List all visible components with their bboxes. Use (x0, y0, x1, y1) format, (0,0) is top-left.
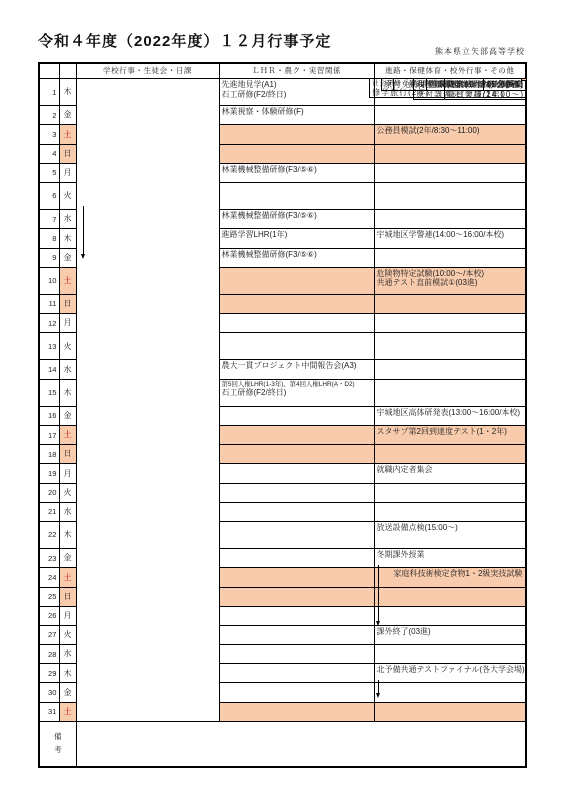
date-cell: 31 (39, 702, 59, 721)
table-row: 12月 (39, 314, 526, 333)
event-text: 職員会議(14:00～) (447, 90, 524, 100)
schedule-page: 令和４年度（2022年度）１２月行事予定 熊本県立矢部高等学校 学校行事・生徒会… (0, 0, 566, 800)
table-row: 25日 (39, 587, 526, 606)
career-events-cell: 冬期課外授業 (374, 549, 526, 568)
table-row: 7水米粉料理講習会(A1)林業機械整備研修(F3/⑤⑥) (39, 210, 526, 229)
date-cell: 24 (39, 568, 59, 587)
weekday-cell: 土 (59, 568, 76, 587)
career-events-cell (374, 144, 526, 163)
weekday-cell: 火 (59, 483, 76, 502)
event-text: 北予備共通テストファイナル(各大学会場) (377, 665, 524, 675)
event-text: 就職内定者集会 (377, 465, 524, 475)
lhr-events-cell (219, 702, 374, 721)
event-text: 冬期課外授業 (377, 550, 524, 560)
lhr-events-cell (219, 294, 374, 313)
career-events-cell (374, 645, 526, 664)
date-cell: 28 (39, 645, 59, 664)
weekday-cell: 火 (59, 182, 76, 209)
remarks-content-cell (76, 721, 526, 767)
career-events-cell (374, 606, 526, 625)
event-text: 危険物特定試験(10:00～/本校) (377, 269, 524, 279)
event-text: スタサプ第2回到達度テスト(1・2年) (377, 427, 524, 437)
event-text: 宇城地区学警連(14:00～16:00/本校) (377, 230, 524, 240)
table-row: 5月林業機械整備研修(F3/⑤⑥) (39, 163, 526, 182)
weekday-cell: 日 (59, 144, 76, 163)
event-text: 家庭科技術検定食物1・2級実技試験 (377, 569, 524, 579)
table-row: 31土 (39, 702, 526, 721)
lhr-events-cell: 林業機械整備研修(F3/⑤⑥) (219, 163, 374, 182)
table-row: 24土家庭科技術検定食物1・2級実技試験 (39, 568, 526, 587)
date-cell: 20 (39, 483, 59, 502)
weekday-cell: 金 (59, 549, 76, 568)
date-cell: 27 (39, 625, 59, 644)
weekday-cell: 木 (59, 521, 76, 548)
table-row: 28水 (39, 645, 526, 664)
career-events-cell (374, 445, 526, 464)
weekday-cell: 火 (59, 625, 76, 644)
career-events-cell: 宇城地区高体研発表(13:00～16:00/本校) (374, 406, 526, 425)
table-row: 13火お仕事探検フェア(1・2年)原付講習会(実技/2年) (39, 333, 526, 360)
weekday-cell: 月 (59, 163, 76, 182)
table-row: 20火45分授業 (39, 483, 526, 502)
remarks-label-cell: 備考 (39, 721, 76, 767)
date-cell: 4 (39, 144, 59, 163)
career-events-cell: 課外終了(03進) (374, 625, 526, 644)
weekday-cell: 木 (59, 664, 76, 683)
date-cell: 22 (39, 521, 59, 548)
date-cell: 3 (39, 125, 59, 144)
date-cell: 29 (39, 664, 59, 683)
header-row: 学校行事・生徒会・日課 ＬＨＲ・農ク・実習関係 進路・保健体育・校外行事・その他 (39, 63, 526, 79)
lhr-events-cell (219, 333, 374, 360)
event-text: 農大一貫プロジェクト中間報告会(A3) (222, 361, 372, 371)
career-events-cell: 宇城地区学警連(14:00～16:00/本校) (374, 229, 526, 248)
event-text: 林業視察・体験研修(F) (222, 107, 372, 117)
lhr-events-cell (219, 683, 374, 702)
career-events-cell (374, 360, 526, 379)
event-text: 林業機械整備研修(F3/⑤⑥) (222, 165, 372, 175)
school-name: 熊本県立矢部高等学校 (435, 46, 525, 57)
date-cell: 10 (39, 267, 59, 294)
event-text: 放送設備点検(15:00～) (377, 523, 524, 533)
lhr-events-cell (219, 587, 374, 606)
lhr-events-cell: 第5回人権LHR(1-3年)、第4回人権LHR(A・D2)石工研修(F2/終日) (219, 379, 374, 406)
date-cell: 2 (39, 106, 59, 125)
date-cell: 16 (39, 406, 59, 425)
career-events-cell (374, 182, 526, 209)
schedule-table: 学校行事・生徒会・日課 ＬＨＲ・農ク・実習関係 進路・保健体育・校外行事・その他… (38, 62, 527, 768)
lhr-events-cell (219, 426, 374, 445)
event-text: 課外終了(03進) (377, 627, 524, 637)
date-cell: 6 (39, 182, 59, 209)
header-school-events: 学校行事・生徒会・日課 (76, 63, 219, 79)
table-row: 3土公務員模試(2年/8:30～11:00) (39, 125, 526, 144)
lhr-events-cell: 農大一貫プロジェクト中間報告会(A3) (219, 360, 374, 379)
career-events-cell (374, 587, 526, 606)
duration-arrow-head (376, 693, 380, 698)
weekday-cell: 金 (59, 248, 76, 267)
career-events-cell (374, 106, 526, 125)
lhr-events-cell: 先進地見学(A1)石工研修(F2/終日) (219, 79, 374, 106)
duration-arrow-line (83, 206, 84, 255)
header-career: 進路・保健体育・校外行事・その他 (374, 63, 526, 79)
table-row: 18日 (39, 445, 526, 464)
weekday-cell: 金 (59, 106, 76, 125)
table-row: 22木終業式職員会議(14:00～)放送設備点検(15:00～) (39, 521, 526, 548)
table-row: 30金 (39, 683, 526, 702)
table-row: 6火社会研修「建設現場見学」(A1・D1/4限目～)修学旅行(2年) (39, 182, 526, 209)
weekday-cell: 水 (59, 502, 76, 521)
table-row: 15木第5回人権LHR(1-3年)、第4回人権LHR(A・D2)石工研修(F2/… (39, 379, 526, 406)
lhr-events-cell (219, 568, 374, 587)
header-weekday-cell (59, 63, 76, 79)
lhr-events-cell (219, 664, 374, 683)
lhr-events-cell (219, 521, 374, 548)
career-events-cell (374, 379, 526, 406)
table-row: 11日 (39, 294, 526, 313)
weekday-cell: 木 (59, 79, 76, 106)
date-cell: 5 (39, 163, 59, 182)
lhr-events-cell (219, 464, 374, 483)
career-events-cell: 危険物特定試験(10:00～/本校)共通テスト直前模試①(03進) (374, 267, 526, 294)
table-row: 2金林業視察・体験研修(F) (39, 106, 526, 125)
date-cell: 12 (39, 314, 59, 333)
schedule-rows: 1木原付免許取得説明会(1年/18:00～)先進地見学(A1)石工研修(F2/終… (39, 79, 526, 722)
lhr-events-cell (219, 606, 374, 625)
weekday-cell: 火 (59, 333, 76, 360)
lhr-events-cell: 林業機械整備研修(F3/⑤⑥) (219, 210, 374, 229)
career-events-cell (374, 314, 526, 333)
weekday-cell: 日 (59, 294, 76, 313)
weekday-cell: 月 (59, 606, 76, 625)
duration-arrow-line (378, 680, 379, 694)
date-cell: 30 (39, 683, 59, 702)
lhr-events-cell (219, 625, 374, 644)
weekday-cell: 木 (59, 379, 76, 406)
career-events-cell: 就職内定者集会 (374, 464, 526, 483)
event-text: 石工研修(F2/終日) (222, 90, 372, 100)
lhr-events-cell (219, 645, 374, 664)
lhr-events-cell (219, 502, 374, 521)
lhr-events-cell (219, 445, 374, 464)
school-events-cell: 閉寮(13:00までに帰省) (426, 78, 527, 91)
weekday-cell: 金 (59, 683, 76, 702)
lhr-events-cell (219, 483, 374, 502)
weekday-cell: 土 (59, 702, 76, 721)
lhr-events-cell (219, 182, 374, 209)
lhr-events-cell (219, 406, 374, 425)
page-header: 令和４年度（2022年度）１２月行事予定 熊本県立矢部高等学校 (38, 30, 525, 51)
date-cell: 21 (39, 502, 59, 521)
career-events-cell: 公務員模試(2年/8:30～11:00) (374, 125, 526, 144)
date-cell: 19 (39, 464, 59, 483)
date-cell: 1 (39, 79, 59, 106)
weekday-cell: 金 (59, 406, 76, 425)
table-row: 27火課外終了(03進) (39, 625, 526, 644)
date-cell: 25 (39, 587, 59, 606)
date-cell: 7 (39, 210, 59, 229)
career-events-cell (374, 702, 526, 721)
header-date-cell (39, 63, 59, 79)
school-events-cell (521, 78, 527, 81)
event-text: 閉寮(13:00までに帰省) (429, 80, 524, 90)
lhr-events-cell: 進路学習LHR(1年) (219, 229, 374, 248)
weekday-cell: 水 (59, 360, 76, 379)
career-events-cell (374, 163, 526, 182)
lhr-events-cell (219, 314, 374, 333)
career-events-cell (374, 483, 526, 502)
career-events-cell (374, 210, 526, 229)
weekday-cell: 日 (59, 445, 76, 464)
career-events-cell: スタサプ第2回到達度テスト(1・2年) (374, 426, 526, 445)
date-cell: 18 (39, 445, 59, 464)
schedule-table-wrap: 学校行事・生徒会・日課 ＬＨＲ・農ク・実習関係 進路・保健体育・校外行事・その他… (38, 62, 527, 768)
lhr-events-cell (219, 549, 374, 568)
duration-arrow-head (81, 254, 85, 259)
date-cell: 13 (39, 333, 59, 360)
event-text: 石工研修(F2/終日) (222, 388, 372, 398)
remarks-label: 備考 (53, 731, 62, 757)
weekday-cell: 水 (59, 645, 76, 664)
lhr-events-cell (219, 125, 374, 144)
career-events-cell (374, 502, 526, 521)
duration-arrow-line (378, 565, 379, 622)
weekday-cell: 土 (59, 426, 76, 445)
weekday-cell: 木 (59, 229, 76, 248)
table-row: 16金宇城地区高体研発表(13:00～16:00/本校) (39, 406, 526, 425)
date-cell: 15 (39, 379, 59, 406)
lhr-events-cell (219, 144, 374, 163)
weekday-cell: 日 (59, 587, 76, 606)
event-text: 林業機械整備研修(F3/⑤⑥) (222, 211, 372, 221)
weekday-cell: 月 (59, 464, 76, 483)
duration-arrow-head (376, 621, 380, 626)
remarks-row: 備考 (39, 721, 526, 767)
table-row: 19月45分授業就職内定者集会 (39, 464, 526, 483)
table-row: 17土スタサプ第2回到達度テスト(1・2年) (39, 426, 526, 445)
date-cell: 9 (39, 248, 59, 267)
weekday-cell: 水 (59, 210, 76, 229)
date-cell: 23 (39, 549, 59, 568)
career-events-cell: 放送設備点検(15:00～) (374, 521, 526, 548)
weekday-cell: 月 (59, 314, 76, 333)
table-row: 10土危険物特定試験(10:00～/本校)共通テスト直前模試①(03進) (39, 267, 526, 294)
table-row: 29木閉寮(13:00までに帰省)北予備共通テストファイナル(各大学会場) (39, 664, 526, 683)
table-row: 26月 (39, 606, 526, 625)
date-cell: 26 (39, 606, 59, 625)
event-text: 進路学習LHR(1年) (222, 230, 372, 240)
event-text: 公務員模試(2年/8:30～11:00) (377, 126, 524, 136)
career-events-cell: 北予備共通テストファイナル(各大学会場) (374, 664, 526, 683)
career-events-cell (374, 683, 526, 702)
table-row: 4日 (39, 144, 526, 163)
career-events-cell (374, 248, 526, 267)
table-row: 8木原付免許取得説明会(欠席者)進路学習LHR(1年)宇城地区学警連(14:00… (39, 229, 526, 248)
table-row: 9金林業機械整備研修(F3/⑤⑥) (39, 248, 526, 267)
date-cell: 17 (39, 426, 59, 445)
event-text: 宇城地区高体研発表(13:00～16:00/本校) (377, 408, 524, 418)
table-row: 21水45分授業 (39, 502, 526, 521)
weekday-cell: 土 (59, 267, 76, 294)
date-cell: 11 (39, 294, 59, 313)
table-row: 23金冬期課外授業 (39, 549, 526, 568)
event-text: 共通テスト直前模試①(03進) (377, 278, 524, 288)
header-lhr: ＬＨＲ・農ク・実習関係 (219, 63, 374, 79)
lhr-events-cell: 林業機械整備研修(F3/⑤⑥) (219, 248, 374, 267)
career-events-cell (374, 294, 526, 313)
career-events-cell (374, 333, 526, 360)
table-row: 14水農大一貫プロジェクト中間報告会(A3) (39, 360, 526, 379)
date-cell: 8 (39, 229, 59, 248)
event-text: 先進地見学(A1) (222, 80, 372, 90)
weekday-cell: 土 (59, 125, 76, 144)
date-cell: 14 (39, 360, 59, 379)
career-events-cell: 家庭科技術検定食物1・2級実技試験 (374, 568, 526, 587)
lhr-events-cell: 林業視察・体験研修(F) (219, 106, 374, 125)
event-text: 林業機械整備研修(F3/⑤⑥) (222, 250, 372, 260)
lhr-events-cell (219, 267, 374, 294)
